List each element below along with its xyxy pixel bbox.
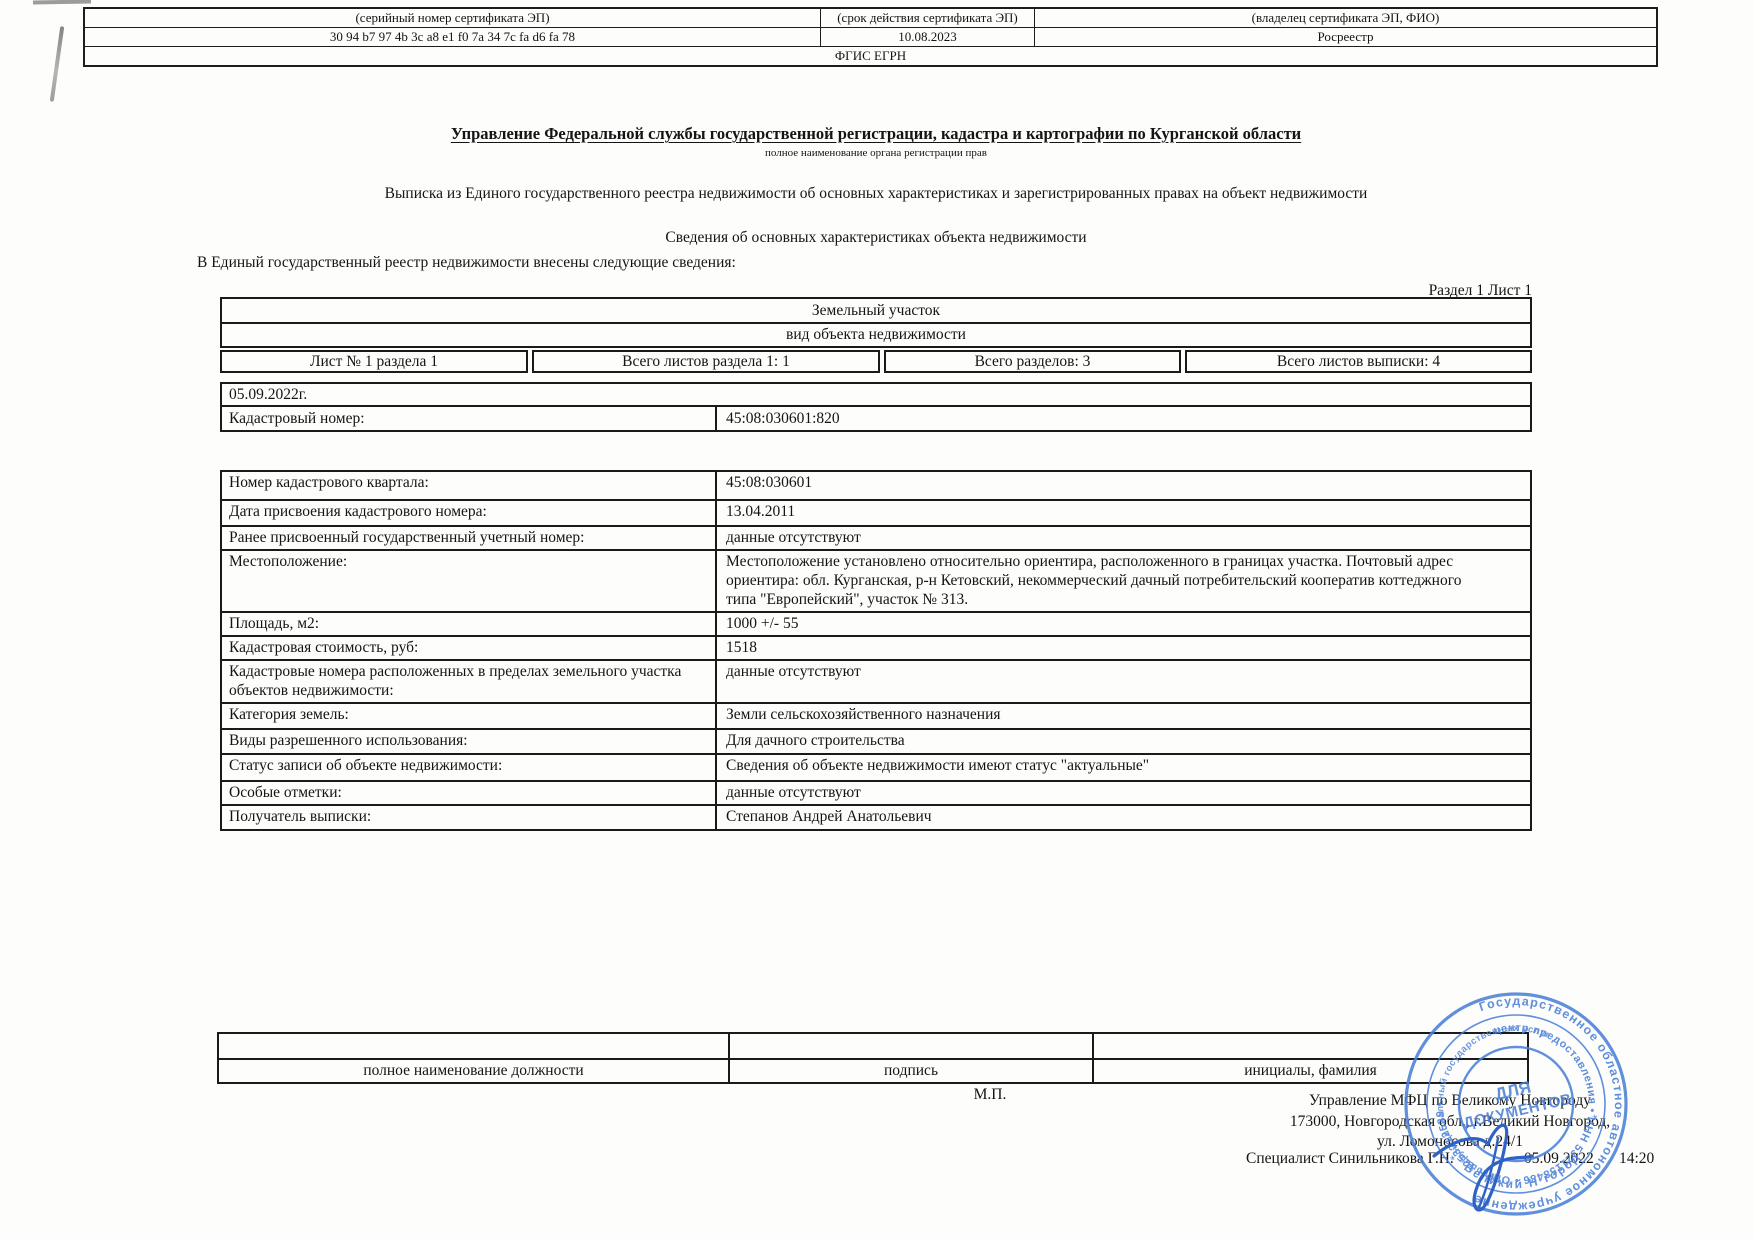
table-row: Ранее присвоенный государственный учетны…: [222, 525, 1530, 549]
cadastral-number-row: Кадастровый номер: 45:08:030601:820: [222, 407, 1530, 430]
table-row: Местоположение: Местоположение установле…: [222, 549, 1530, 611]
handwritten-signature: [1428, 1112, 1578, 1222]
cert-validity-value: 10.08.2023: [820, 28, 1035, 46]
certificate-values-row: 30 94 b7 97 4b 3c a8 e1 f0 7a 34 7c fa d…: [85, 27, 1656, 46]
row-value: Сведения об объекте недвижимости имеют с…: [717, 755, 1530, 780]
row-label: Особые отметки:: [222, 782, 717, 804]
row-label: Площадь, м2:: [222, 613, 717, 635]
date-cadastral-table: 05.09.2022г. Кадастровый номер: 45:08:03…: [220, 382, 1532, 432]
row-value: 45:08:030601: [717, 472, 1530, 499]
sheet-number-cell: Лист № 1 раздела 1: [220, 350, 528, 373]
object-type-table: Земельный участок вид объекта недвижимос…: [220, 297, 1532, 348]
row-label: Кадастровые номера расположенных в преде…: [222, 661, 717, 702]
cert-validity-header: (срок действия сертификата ЭП): [820, 9, 1035, 27]
registration-authority-title: Управление Федеральной службы государств…: [120, 124, 1632, 144]
table-row: Особые отметки: данные отсутствуют: [222, 780, 1530, 804]
table-row: Площадь, м2: 1000 +/- 55: [222, 611, 1530, 635]
extract-title: Выписка из Единого государственного реес…: [120, 185, 1632, 203]
row-label: Дата присвоения кадастрового номера:: [222, 501, 717, 525]
characteristics-table: Номер кадастрового квартала: 45:08:03060…: [220, 470, 1532, 831]
row-value: 1518: [717, 637, 1530, 659]
section-title: Сведения об основных характеристиках объ…: [120, 229, 1632, 247]
table-row: Получатель выписки: Степанов Андрей Анат…: [222, 804, 1530, 829]
cert-serial-header: (серийный номер сертификата ЭП): [85, 9, 820, 27]
row-value: Местоположение установлено относительно …: [717, 551, 1530, 611]
pen-stroke-artifact: [50, 26, 65, 102]
row-value: Для дачного строительства: [717, 730, 1530, 753]
signature-label: подпись: [728, 1060, 1094, 1082]
certificate-system-row: ФГИС ЕГРН: [85, 46, 1656, 65]
object-type-caption: вид объекта недвижимости: [222, 322, 1530, 346]
certificate-header-row: (серийный номер сертификата ЭП) (срок де…: [85, 9, 1656, 27]
row-value: данные отсутствуют: [717, 661, 1530, 702]
table-row: Дата присвоения кадастрового номера: 13.…: [222, 499, 1530, 525]
row-value: данные отсутствуют: [717, 782, 1530, 804]
cadastral-number-value: 45:08:030601:820: [717, 410, 840, 428]
fgis-egrn-label: ФГИС ЕГРН: [85, 47, 1656, 65]
row-label: Получатель выписки:: [222, 806, 717, 829]
registration-authority-caption: полное наименование органа регистрации п…: [120, 147, 1632, 159]
row-label: Кадастровая стоимость, руб:: [222, 637, 717, 659]
row-value: 1000 +/- 55: [717, 613, 1530, 635]
row-label: Ранее присвоенный государственный учетны…: [222, 527, 717, 549]
sheet-info-row: Лист № 1 раздела 1 Всего листов раздела …: [220, 350, 1532, 373]
extract-date: 05.09.2022г.: [222, 384, 1530, 407]
table-row: Кадастровые номера расположенных в преде…: [222, 659, 1530, 702]
table-row: Кадастровая стоимость, руб: 1518: [222, 635, 1530, 659]
table-row: Номер кадастрового квартала: 45:08:03060…: [222, 472, 1530, 499]
signature-table: полное наименование должности подпись ин…: [217, 1032, 1529, 1084]
row-label: Местоположение:: [222, 551, 717, 611]
object-type-value: Земельный участок: [222, 299, 1530, 322]
row-value: Степанов Андрей Анатольевич: [717, 806, 1530, 829]
row-label: Статус записи об объекте недвижимости:: [222, 755, 717, 780]
row-label: Категория земель:: [222, 704, 717, 728]
row-value: Земли сельскохозяйственного назначения: [717, 704, 1530, 728]
stamp-place-label: М.П.: [890, 1086, 1090, 1104]
cert-owner-value: Росреестр: [1035, 28, 1656, 46]
sheets-in-section-cell: Всего листов раздела 1: 1: [532, 350, 880, 373]
egrn-extract-document: (серийный номер сертификата ЭП) (срок де…: [0, 0, 1754, 1240]
cert-serial-value: 30 94 b7 97 4b 3c a8 e1 f0 7a 34 7c fa d…: [85, 28, 820, 46]
total-sheets-cell: Всего листов выписки: 4: [1185, 350, 1532, 373]
row-value: данные отсутствуют: [717, 527, 1530, 549]
signature-empty-row: [219, 1034, 1527, 1060]
row-label: Номер кадастрового квартала:: [222, 472, 717, 499]
table-row: Виды разрешенного использования: Для дач…: [222, 728, 1530, 753]
row-label: Виды разрешенного использования:: [222, 730, 717, 753]
cadastral-number-label: Кадастровый номер:: [222, 407, 717, 430]
certificate-table: (серийный номер сертификата ЭП) (срок де…: [83, 7, 1658, 67]
position-name-label: полное наименование должности: [219, 1060, 728, 1082]
signature-labels-row: полное наименование должности подпись ин…: [219, 1060, 1527, 1082]
total-sections-cell: Всего разделов: 3: [884, 350, 1181, 373]
table-row: Категория земель: Земли сельскохозяйстве…: [222, 702, 1530, 728]
cert-owner-header: (владелец сертификата ЭП, ФИО): [1035, 9, 1656, 27]
table-row: Статус записи об объекте недвижимости: С…: [222, 753, 1530, 780]
scan-edge-smudge: [33, 0, 91, 5]
intro-line: В Единый государственный реестр недвижим…: [197, 254, 736, 272]
row-value: 13.04.2011: [717, 501, 1530, 525]
